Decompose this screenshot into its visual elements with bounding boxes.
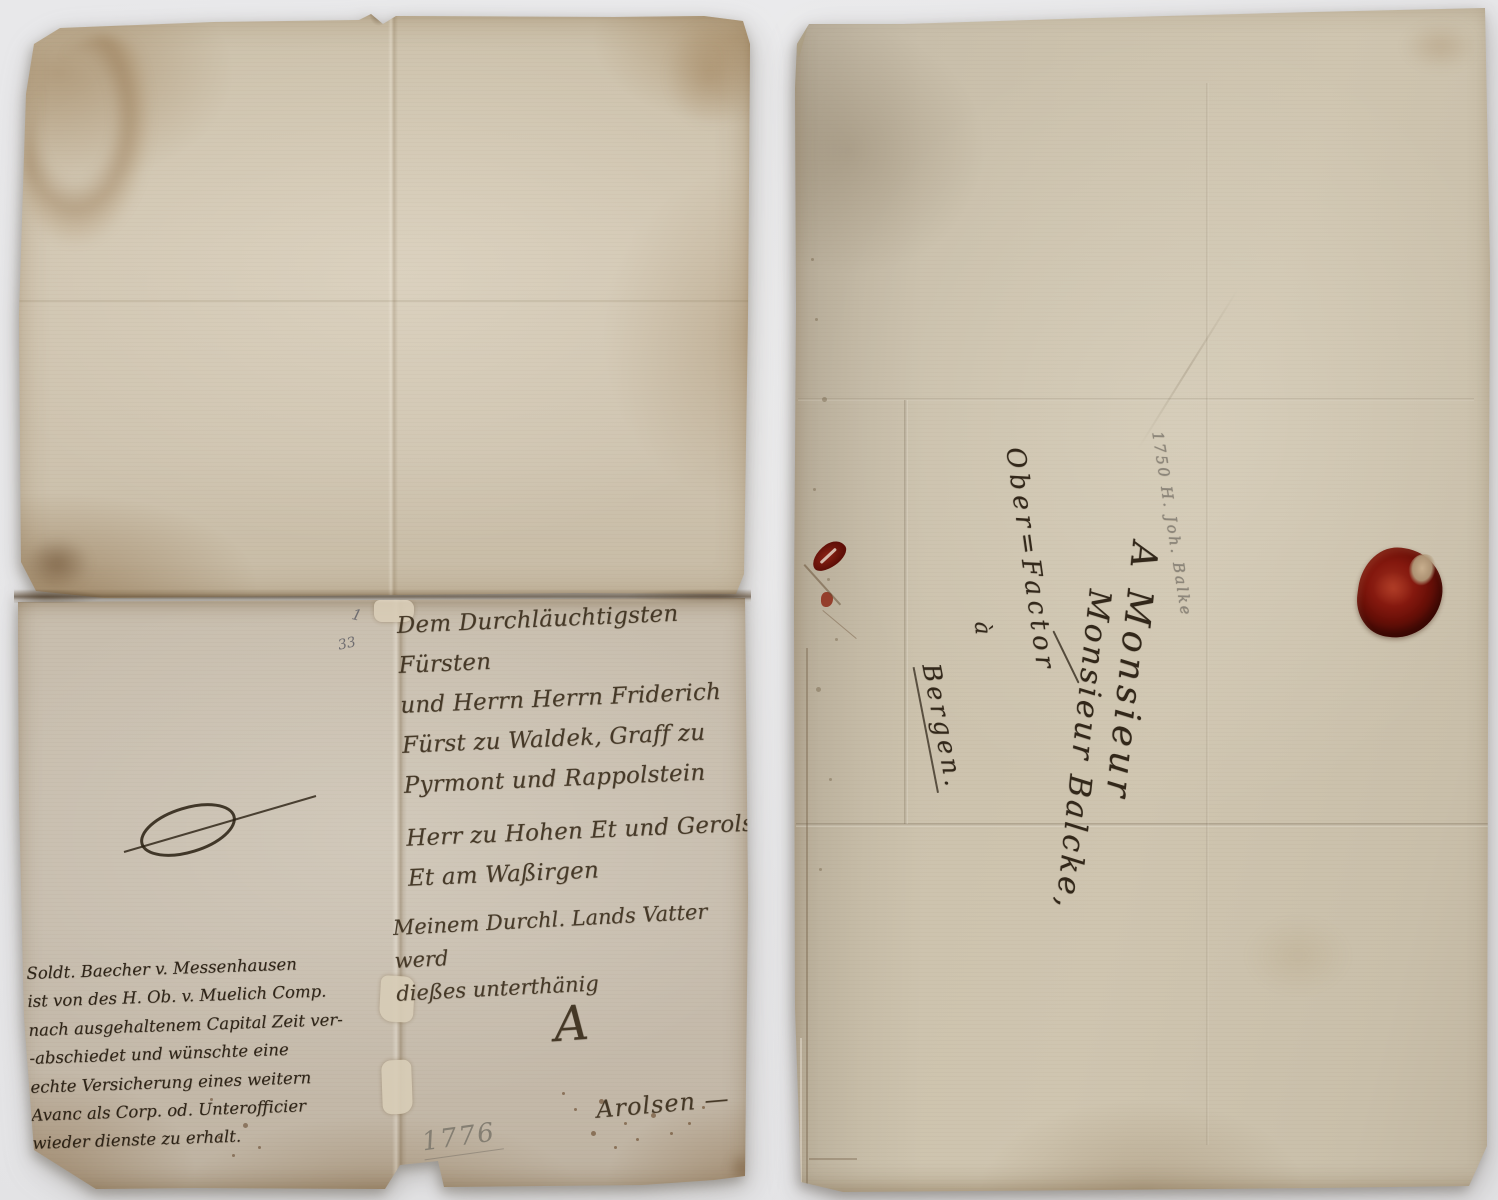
middle-fold-crease [796, 823, 1488, 827]
folded-sheet-edge [800, 1038, 802, 1188]
address-line: Ober=Factor [999, 445, 1060, 674]
pencil-year: 1776 [420, 1117, 504, 1161]
folded-sheet-edge [809, 1158, 857, 1160]
right-letter: 1750 H. Joh. Balke A Monsieur Monsieur B… [793, 8, 1492, 1192]
paper-repair-patch [381, 1059, 413, 1114]
place-line: Arolsen — [595, 1084, 730, 1124]
corner-stain [1393, 16, 1488, 76]
edge-stain [14, 530, 100, 596]
initial-letter: A [552, 995, 590, 1053]
diagonal-crease [1137, 288, 1239, 450]
archival-note-block: Soldt. Baecher v. Messenhausen ist von d… [26, 948, 373, 1159]
left-letter: Dem Durchläuchtigsten Fürsten und Herrn … [14, 14, 751, 1196]
water-stain [24, 36, 184, 306]
address-line: à [969, 620, 995, 635]
left-fold-crease [904, 400, 908, 824]
pencil-mark: 1 [350, 605, 364, 625]
folded-sheet-edge [806, 648, 808, 1188]
paper-tear [822, 610, 856, 639]
address-line: Dem Durchläuchtigsten Fürsten [396, 591, 753, 686]
flap-vertical-crease [388, 14, 398, 600]
red-wax-seal [1352, 543, 1448, 644]
address-block: Dem Durchläuchtigsten Fürsten und Herrn … [396, 591, 762, 899]
center-fold-line [14, 589, 751, 603]
wax-remnant [807, 536, 851, 576]
left-letter-top-flap [14, 14, 751, 600]
dog-ear-corner [795, 22, 823, 58]
right-letter-paper: 1750 H. Joh. Balke A Monsieur Monsieur B… [793, 8, 1492, 1192]
corner-stain [726, 1148, 758, 1188]
address-line: Bergen. [913, 661, 970, 793]
faint-stain [1233, 908, 1363, 1003]
pencil-mark: 33 [337, 634, 358, 653]
corner-stain [650, 4, 770, 144]
wax-remnant-highlight [819, 548, 836, 564]
flap-top-notch [366, 14, 392, 30]
pen-flourish-icon [118, 786, 322, 860]
foxing-spots [811, 258, 814, 261]
foxing-spots [562, 1092, 565, 1095]
photo-background: Dem Durchläuchtigsten Fürsten und Herrn … [0, 0, 1498, 1200]
left-letter-lower-half: Dem Durchläuchtigsten Fürsten und Herrn … [14, 598, 751, 1196]
right-fold-crease [1206, 83, 1209, 1145]
devotion-block: Meinem Durchl. Lands Vatter werd dießes … [392, 893, 757, 1011]
upper-fold-crease [798, 398, 1474, 401]
